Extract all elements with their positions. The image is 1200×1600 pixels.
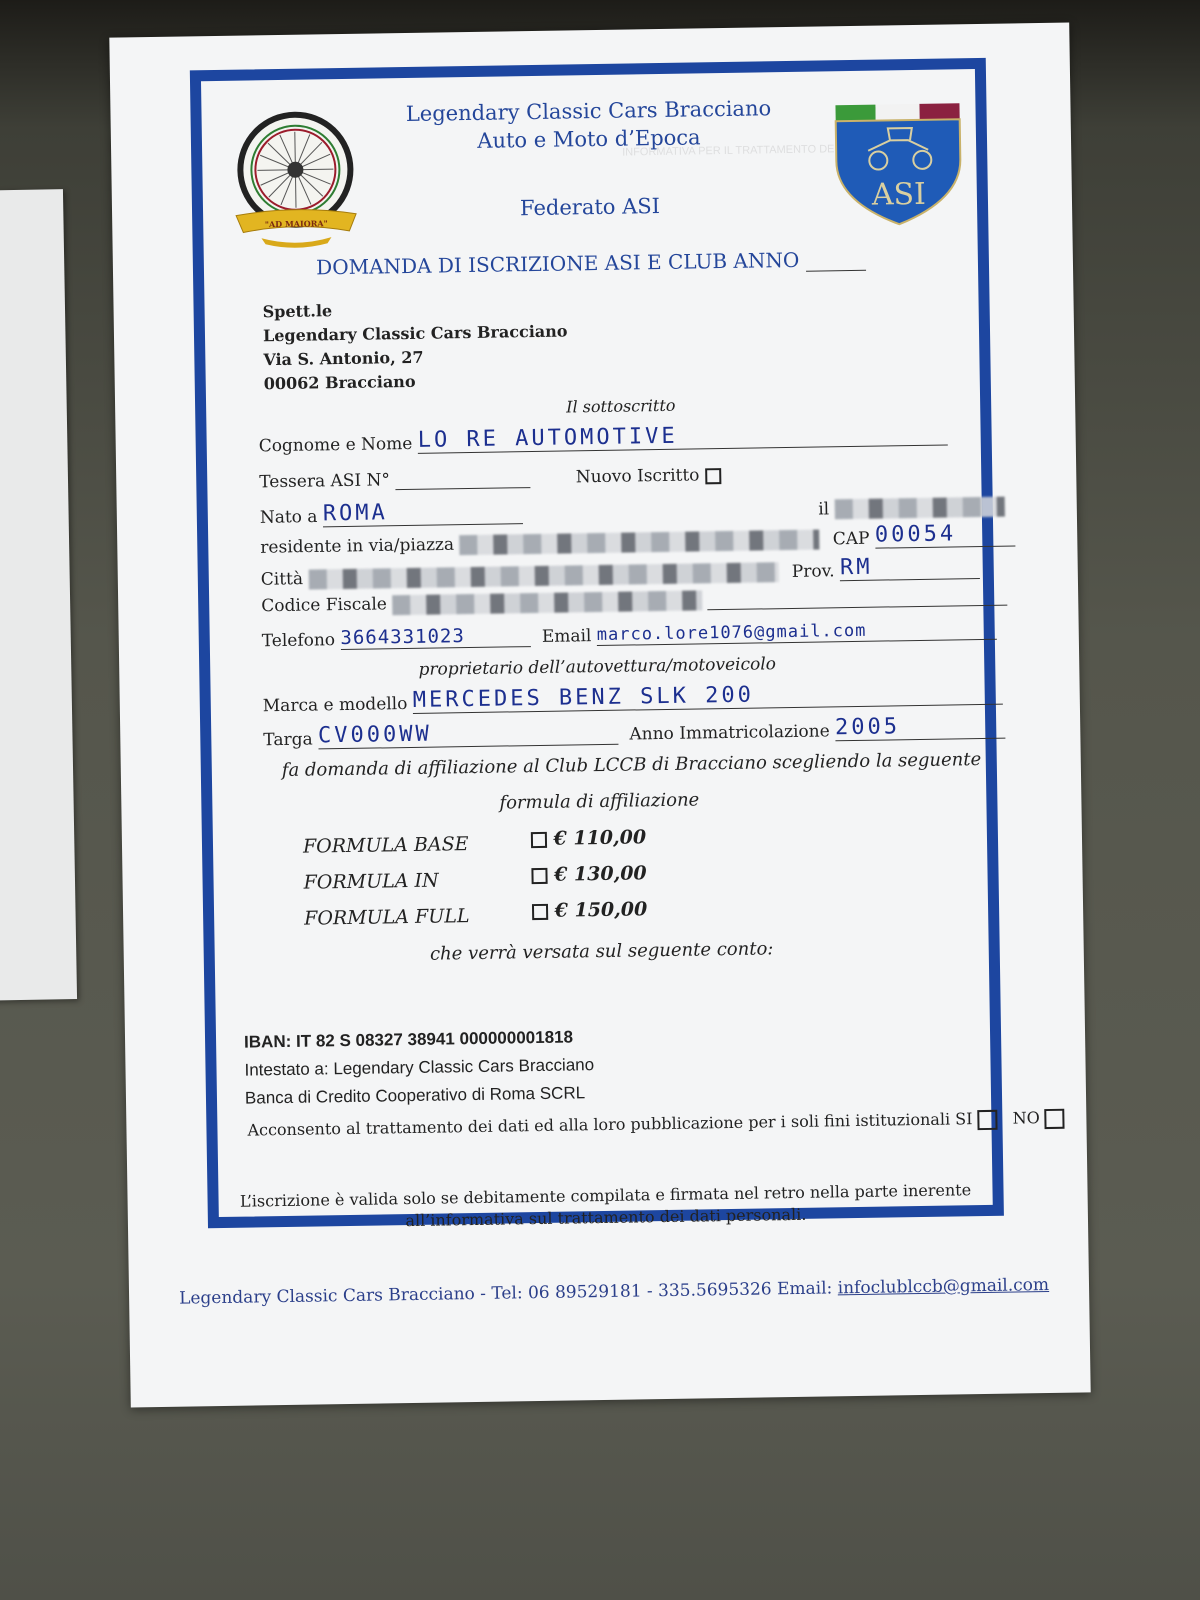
formula-heading: formula di affiliazione bbox=[212, 785, 986, 818]
vehicle-model-label: Marca e modello bbox=[263, 694, 408, 716]
consent-yes-label: SI bbox=[955, 1109, 973, 1128]
registration-year-label: Anno Immatricolazione bbox=[629, 721, 830, 744]
year-field[interactable] bbox=[806, 270, 866, 272]
consent-no-checkbox[interactable] bbox=[1045, 1108, 1065, 1128]
prov-field[interactable]: RM bbox=[840, 553, 980, 581]
consent-yes-checkbox[interactable] bbox=[977, 1109, 997, 1129]
form-title-text: DOMANDA DI ISCRIZIONE ASI E CLUB ANNO bbox=[316, 248, 799, 280]
row-tessera: Tessera ASI N° Nuovo Iscritto bbox=[259, 465, 721, 492]
registration-year-field[interactable]: 2005 bbox=[835, 713, 1005, 742]
phone-label: Telefono bbox=[262, 630, 336, 651]
address-label: residente in via/piazza bbox=[260, 535, 454, 558]
validity-note: L’iscrizione è valida solo se debitament… bbox=[218, 1179, 993, 1235]
formula-base-price: € 110,00 bbox=[553, 826, 646, 849]
cap-label: CAP bbox=[833, 528, 870, 549]
consent-text: Acconsento al trattamento dei dati ed al… bbox=[247, 1110, 950, 1140]
city-field-redacted[interactable] bbox=[308, 562, 778, 589]
birthdate-label: il bbox=[818, 499, 829, 519]
row-contact: Telefono 3664331023 Email marco.lore1076… bbox=[262, 617, 997, 652]
nuovo-iscritto-label: Nuovo Iscritto bbox=[576, 465, 700, 487]
nuovo-iscritto-checkbox[interactable] bbox=[705, 468, 721, 484]
formula-full-label: FORMULA FULL bbox=[304, 905, 470, 930]
birthdate-field-redacted[interactable] bbox=[834, 497, 1004, 520]
owner-line: proprietario dell’autovettura/motoveicol… bbox=[210, 651, 984, 683]
footer-contact-text: Legendary Classic Cars Bracciano - Tel: … bbox=[179, 1278, 838, 1308]
form-title: DOMANDA DI ISCRIZIONE ASI E CLUB ANNO bbox=[204, 245, 978, 281]
recipient-name: Legendary Classic Cars Bracciano bbox=[263, 319, 568, 348]
tax-code-line bbox=[708, 586, 1008, 610]
payment-line: che verrà versata sul seguente conto: bbox=[215, 935, 989, 968]
background-sheet bbox=[0, 189, 77, 1001]
birthplace-field[interactable]: ROMA bbox=[323, 498, 523, 527]
membership-form-paper: INFORMATIVA PER IL TRATTAMENTO DEI DATI … bbox=[109, 23, 1090, 1408]
plate-label: Targa bbox=[263, 730, 313, 751]
plate-field[interactable]: CV000WW bbox=[318, 719, 618, 750]
tessera-label: Tessera ASI N° bbox=[259, 470, 390, 492]
cap-field[interactable]: 00054 bbox=[875, 520, 1015, 548]
email-field[interactable]: marco.lore1076@gmail.com bbox=[597, 619, 997, 646]
name-field[interactable]: LO RE AUTOMOTIVE bbox=[418, 420, 948, 454]
prov-label: Prov. bbox=[792, 561, 835, 582]
formula-in-label: FORMULA IN bbox=[303, 870, 438, 894]
footer-email-link[interactable]: infoclublccb@gmail.com bbox=[838, 1275, 1050, 1298]
formula-in-checkbox[interactable] bbox=[531, 868, 547, 884]
birthplace-label: Nato a bbox=[260, 507, 318, 528]
email-label: Email bbox=[542, 626, 592, 647]
vehicle-model-field[interactable]: MERCEDES BENZ SLK 200 bbox=[413, 679, 1003, 714]
row-city: Città Prov. RM bbox=[261, 553, 981, 590]
phone-field[interactable]: 3664331023 bbox=[340, 624, 530, 650]
formula-base-label: FORMULA BASE bbox=[303, 833, 469, 858]
tessera-field[interactable] bbox=[395, 469, 530, 490]
form-frame: INFORMATIVA PER IL TRATTAMENTO DEI DATI … bbox=[190, 58, 1004, 1228]
row-vehicle-model: Marca e modello MERCEDES BENZ SLK 200 bbox=[263, 679, 1003, 717]
tax-code-field-redacted[interactable] bbox=[392, 590, 702, 615]
row-tax-code: Codice Fiscale bbox=[261, 585, 1008, 617]
intro-text: Il sottoscritto bbox=[566, 396, 676, 417]
address-field-redacted[interactable] bbox=[459, 530, 819, 556]
name-label: Cognome e Nome bbox=[259, 434, 413, 456]
tax-code-label: Codice Fiscale bbox=[261, 594, 387, 616]
formula-full-price: € 150,00 bbox=[555, 898, 648, 921]
row-name: Cognome e Nome LO RE AUTOMOTIVE bbox=[258, 420, 947, 457]
city-label: Città bbox=[261, 569, 304, 590]
formula-full-checkbox[interactable] bbox=[532, 904, 548, 920]
recipient-city: 00062 Bracciano bbox=[264, 367, 569, 396]
bank-details: IBAN: IT 82 S 08327 38941 000000001818 I… bbox=[244, 1023, 595, 1112]
row-plate-year: Targa CV000WW Anno Immatricolazione 2005 bbox=[263, 713, 1005, 751]
consent-no-label: NO bbox=[1012, 1108, 1039, 1127]
formula-base-option[interactable]: € 110,00 bbox=[531, 826, 647, 850]
formula-full-option[interactable]: € 150,00 bbox=[532, 898, 648, 922]
footer-contact: Legendary Classic Cars Bracciano - Tel: … bbox=[179, 1275, 1049, 1309]
formula-in-option[interactable]: € 130,00 bbox=[531, 862, 647, 886]
affiliation-line: fa domanda di affiliazione al Club LCCB … bbox=[282, 749, 982, 781]
consent-row: Acconsento al trattamento dei dati ed al… bbox=[247, 1108, 1065, 1141]
formula-in-price: € 130,00 bbox=[554, 862, 647, 885]
formula-base-checkbox[interactable] bbox=[531, 832, 547, 848]
bank-name: Banca di Credito Cooperativo di Roma SCR… bbox=[245, 1079, 595, 1112]
recipient-address: Spett.le Legendary Classic Cars Braccian… bbox=[262, 295, 568, 396]
